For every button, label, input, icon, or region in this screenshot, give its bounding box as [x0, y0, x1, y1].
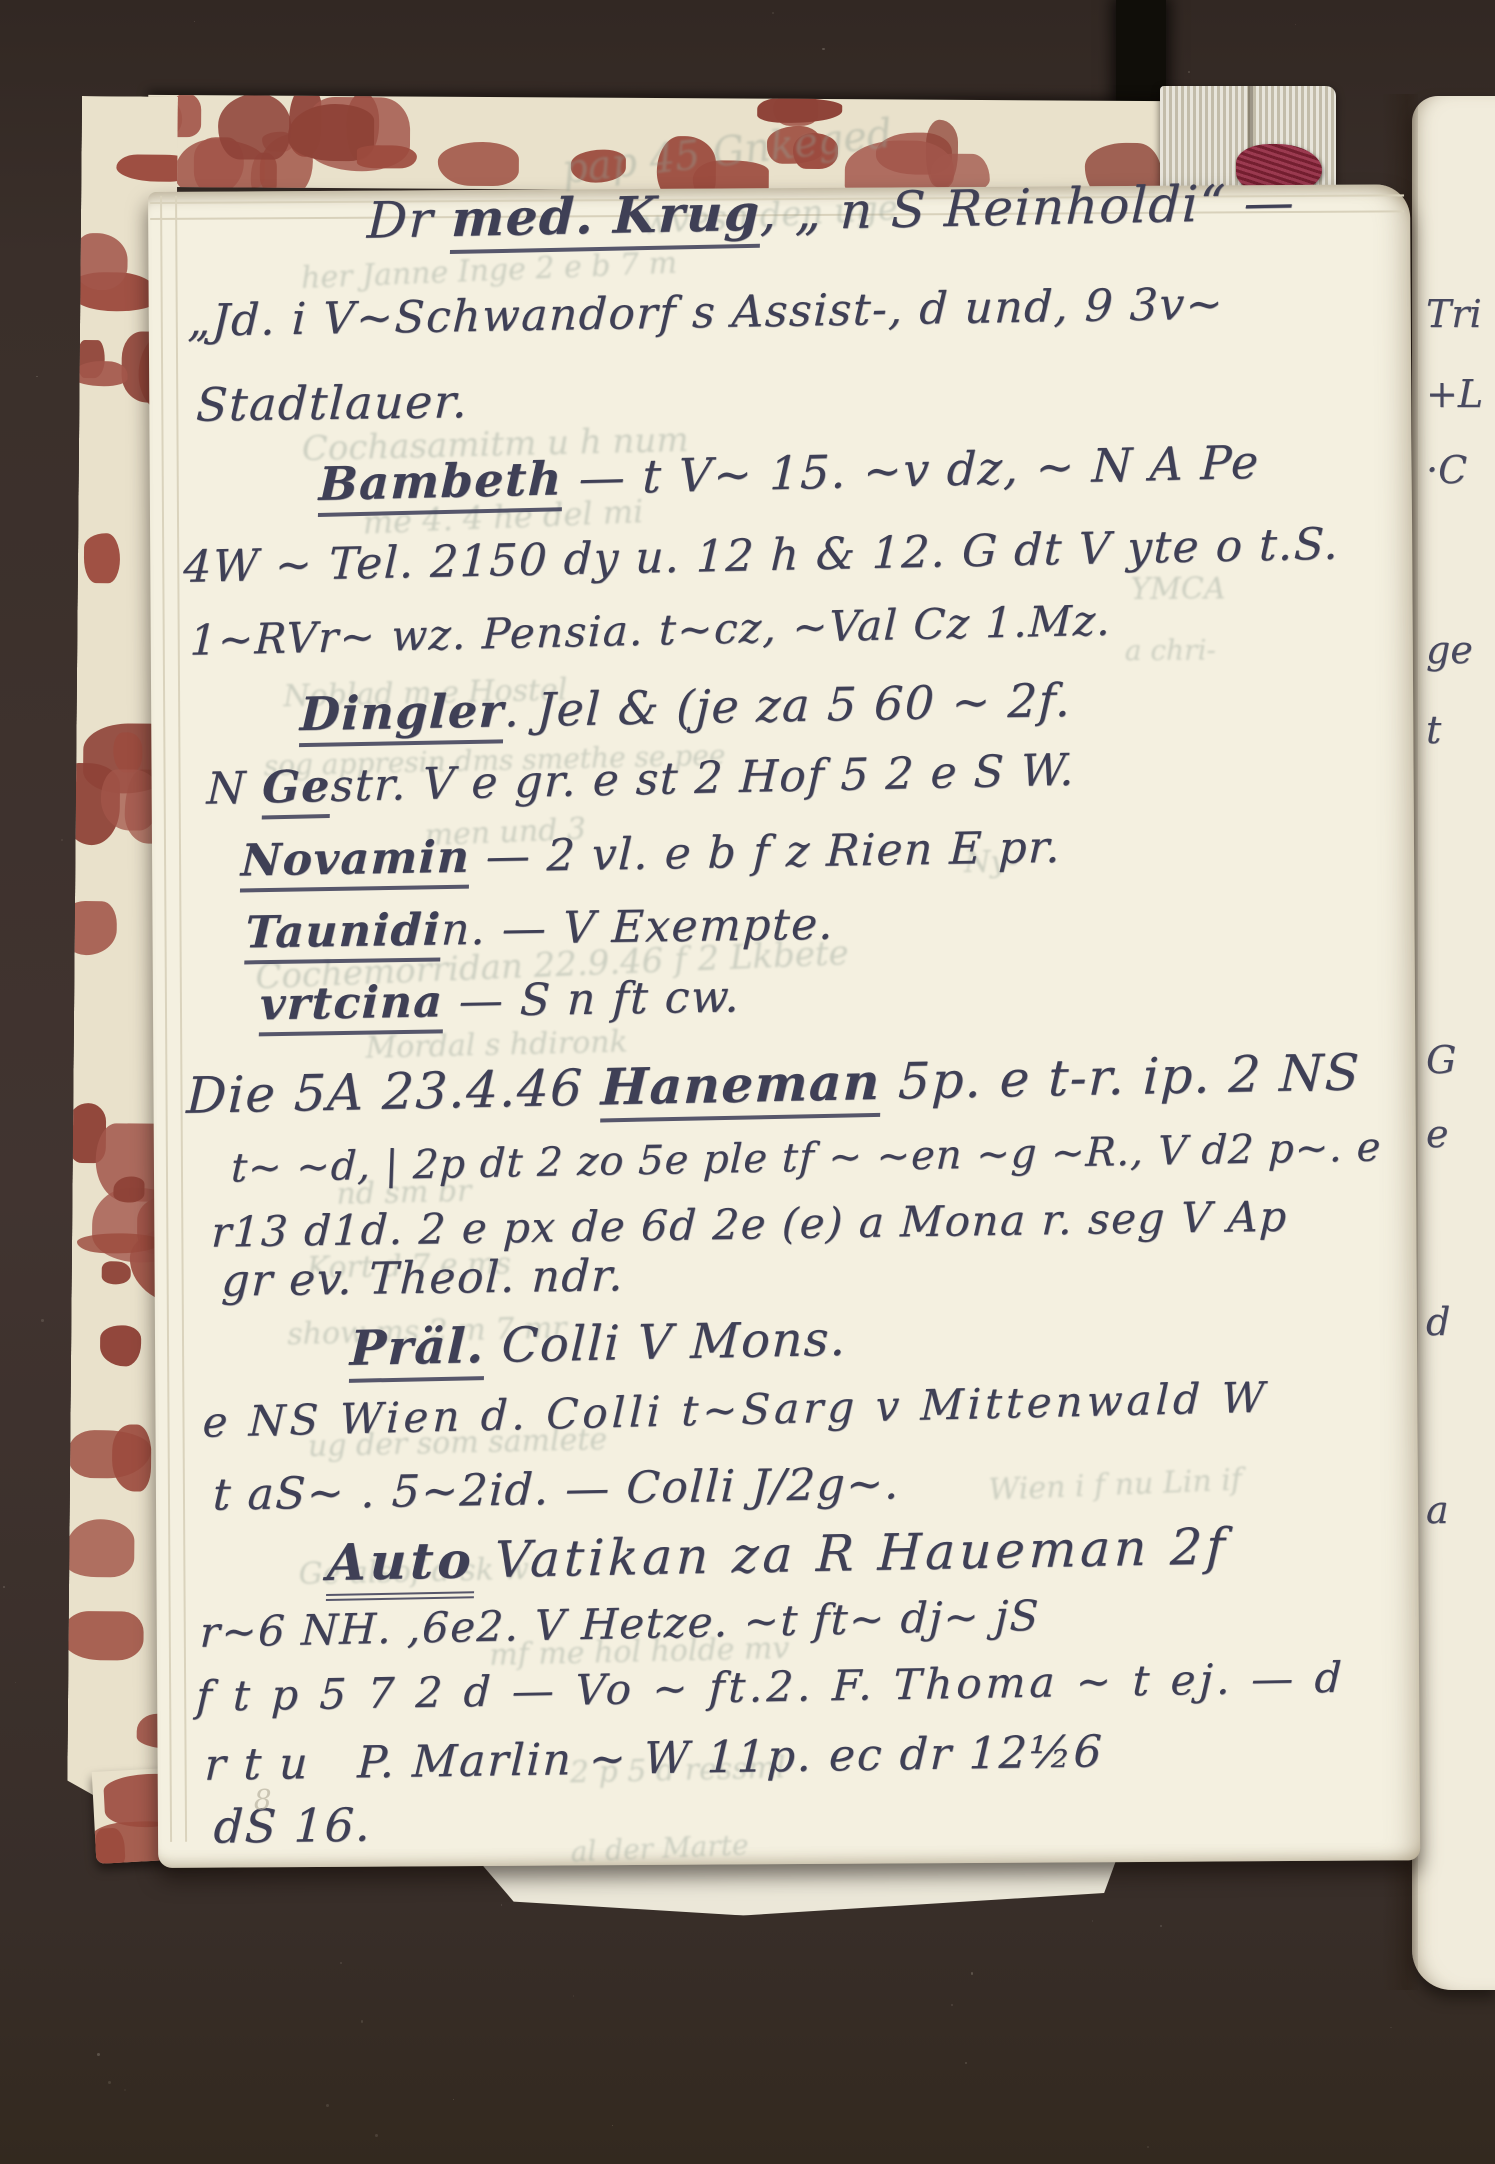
handwriting-line: 1~RVr~ wz. Pensia. t~cz, ~Val Cz 1.Mz. [189, 596, 1112, 665]
handwriting-line: 4W ~ Tel. 2150 dy u. 12 h & 12. G dt V y… [182, 519, 1340, 593]
speck [108, 2081, 111, 2084]
speck [1390, 2027, 1391, 2028]
underlined-word: Taunidi [244, 905, 442, 965]
handwriting-line: Bambeth — t V~ 15. ~v dz, ~ N A Pe [318, 435, 1260, 511]
marble-blob [67, 1611, 144, 1661]
handwriting-line: r13 d1d. 2 e px de 6d 2e (e) a Mona r. s… [210, 1192, 1288, 1257]
speck [340, 1962, 342, 1964]
speck [124, 2089, 127, 2092]
text-segment: — S n ft cw. [443, 971, 742, 1027]
underlined-word: med. Krug [450, 183, 761, 254]
handwriting-line: t~ ~d, | 2p dt 2 zo 5e ple tf ~ ~en ~g ~… [230, 1124, 1382, 1191]
right-page-fragment: t [1426, 708, 1441, 752]
handwriting-line: „Jd. i V~Schwandorf s Assist-, d und, 9 … [187, 279, 1225, 347]
speck [375, 2134, 378, 2137]
right-page-fragment: Tri [1426, 292, 1482, 336]
text-segment: N [206, 762, 263, 814]
right-page-fragment: d [1426, 1300, 1450, 1344]
handwriting-layer: Dr med. Krug, „ n S Reinholdi“ —„Jd. i V… [148, 184, 1420, 1868]
handwriting-line: e NS Wien d. Colli t~Sarg v Mittenwald W [202, 1373, 1269, 1447]
text-segment: 1~RVr~ wz. Pensia. t~cz, ~Val Cz 1.Mz. [189, 596, 1112, 665]
speck [965, 2062, 967, 2064]
handwriting-line: Präl. Colli V Mons. [349, 1311, 848, 1377]
text-segment: dS 16. [213, 1798, 373, 1854]
speck [612, 2125, 613, 2126]
text-segment: t~ ~d, | 2p dt 2 zo 5e ple tf ~ ~en ~g ~… [230, 1124, 1382, 1191]
speck [41, 1319, 44, 1322]
text-segment: „Jd. i V~Schwandorf s Assist-, d und, 9 … [187, 279, 1225, 347]
speck [453, 2099, 455, 2101]
marble-blob [218, 95, 291, 160]
handwriting-line: Taunidin. — V Exempte. [244, 899, 835, 959]
handwriting-line: dS 16. [213, 1798, 373, 1854]
marble-blob [100, 1325, 141, 1366]
marble-blob [113, 732, 143, 772]
handwriting-line: gr ev. Theol. ndr. [220, 1250, 625, 1306]
underlined-word: Ge [261, 761, 331, 820]
speck [1295, 24, 1296, 25]
speck [501, 1904, 503, 1906]
handwriting-line: f t p 5 7 2 d — Vo ~ ft.2. F. Thoma ~ t … [195, 1653, 1346, 1721]
underlined-word: Präl. [349, 1318, 486, 1383]
underlined-word: vrtcina [259, 976, 445, 1036]
speck [573, 1995, 575, 1997]
speck [97, 2053, 100, 2056]
text-segment: — 2 vl. e b f z Rien E pr. [469, 822, 1062, 883]
text-segment: 5p. e t-r. ip. 2 NS [880, 1043, 1361, 1111]
speck [361, 2020, 364, 2023]
handwriting-line: Stadtlauer. [195, 374, 470, 432]
marble-blob [437, 142, 519, 186]
handwriting-line: Dingler. Jel & (je za 5 60 ~ 2f. [299, 673, 1072, 741]
speck [326, 2104, 329, 2107]
speck [61, 839, 64, 842]
speck [1188, 71, 1190, 73]
right-page-sliver: Tri+L·CgetGeda [1412, 96, 1495, 1990]
right-page-fragment: +L [1426, 372, 1483, 416]
text-segment: n. — V Exempte. [440, 899, 835, 956]
text-segment: Colli V Mons. [484, 1311, 848, 1374]
speck [194, 21, 195, 22]
marble-blob [75, 360, 127, 386]
marble-blob [76, 233, 128, 290]
text-segment: r t u P. Marlin ~ W 11p. ec dr 12½6 [204, 1726, 1105, 1790]
text-segment: f t p 5 7 2 d — Vo ~ ft.2. F. Thoma ~ t … [195, 1653, 1346, 1721]
handwriting-line: vrtcina — S n ft cw. [259, 971, 741, 1030]
speck [822, 48, 825, 51]
speck [1160, 1925, 1162, 1927]
underlined-word: Dingler [299, 683, 505, 747]
right-page-fragment: a [1426, 1488, 1449, 1532]
text-segment: Die 5A 23.4.46 [185, 1058, 601, 1124]
marble-blob [356, 145, 416, 168]
text-segment: Stadtlauer. [195, 374, 470, 432]
underlined-word: Haneman [600, 1052, 882, 1123]
handwriting-line: Die 5A 23.4.46 Haneman 5p. e t-r. ip. 2 … [185, 1042, 1361, 1125]
marble-blob [113, 1176, 145, 1203]
text-segment: . Jel & (je za 5 60 ~ 2f. [504, 673, 1073, 737]
speck [1147, 2146, 1149, 2148]
marble-blob [67, 1519, 135, 1577]
page-number: 8 [254, 1783, 272, 1816]
speck [36, 376, 38, 378]
speck [15, 1682, 16, 1683]
text-segment: e NS Wien d. Colli t~Sarg v Mittenwald W [202, 1373, 1269, 1447]
text-segment: — t V~ 15. ~v dz, ~ N A Pe [562, 435, 1260, 505]
speck [951, 2004, 953, 2006]
handwriting-line: r t u P. Marlin ~ W 11p. ec dr 12½6 [204, 1726, 1105, 1790]
notebook-page: pap 45 Gnkegedher Janne Inge 2 e b 7 mwv… [148, 184, 1420, 1868]
speck [3, 1586, 5, 1588]
marble-blob [83, 533, 120, 583]
text-segment: gr ev. Theol. ndr. [220, 1250, 625, 1306]
speck [1092, 1920, 1094, 1922]
marble-blob [102, 1262, 132, 1285]
right-page-fragment: G [1426, 1038, 1456, 1082]
speck [971, 1972, 973, 1974]
handwriting-line: t aS~ . 5~2id. — Colli J/2g~. [212, 1458, 901, 1520]
text-segment: t aS~ . 5~2id. — Colli J/2g~. [212, 1458, 901, 1520]
marble-blob [116, 155, 178, 182]
text-segment: Dr [366, 190, 452, 250]
text-segment: str. V e gr. e st 2 Hof 5 2 e S W. [330, 745, 1076, 812]
handwriting-line: Novamin — 2 vl. e b f z Rien E pr. [240, 822, 1062, 887]
underlined-word: Auto [326, 1530, 476, 1601]
right-page-fragment: ge [1426, 628, 1473, 672]
text-segment: r13 d1d. 2 e px de 6d 2e (e) a Mona r. s… [210, 1192, 1288, 1257]
handwriting-line: N Gestr. V e gr. e st 2 Hof 5 2 e S W. [206, 745, 1076, 815]
text-segment: 4W ~ Tel. 2150 dy u. 12 h & 12. G dt V y… [182, 519, 1340, 593]
text-segment: , „ n S Reinholdi“ — [760, 173, 1297, 242]
right-page-fragment: ·C [1426, 448, 1467, 492]
underlined-word: Bambeth [318, 451, 564, 517]
diary-scan-scene: Tri+L·CgetGeda pap 45 Gnkegedher Janne I… [0, 0, 1495, 2164]
underlined-word: Novamin [240, 832, 471, 893]
speck [772, 12, 774, 14]
right-page-fragment: e [1426, 1112, 1449, 1156]
handwriting-line: Auto Vatikan za R Haueman 2f [326, 1516, 1229, 1592]
text-segment: Vatikan za R Haueman 2f [474, 1517, 1230, 1589]
